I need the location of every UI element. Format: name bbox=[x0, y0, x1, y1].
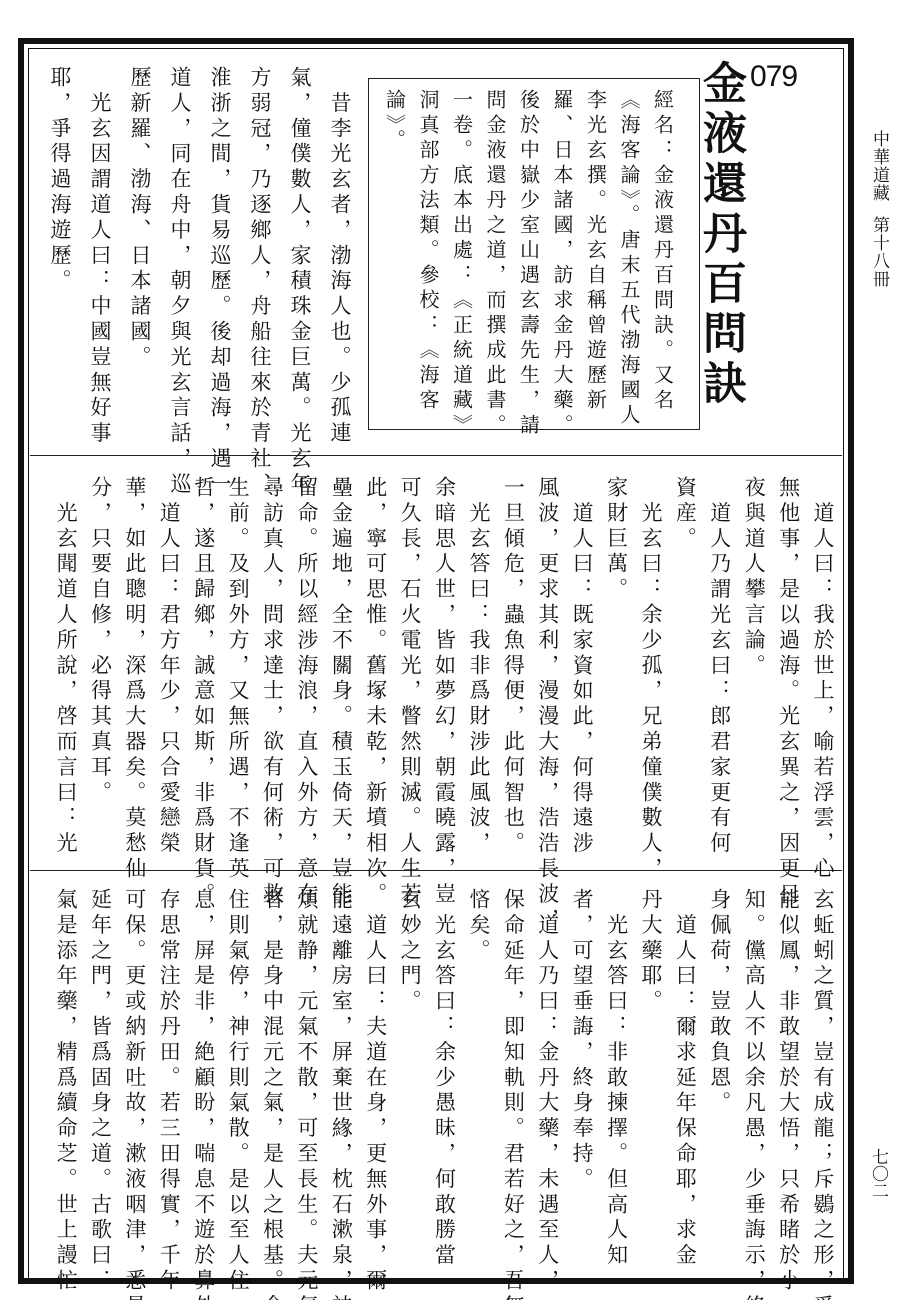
info-column: 李光玄撰。光玄自稱曾遊歷新 bbox=[578, 89, 612, 419]
text-column: 生前。及到外方，又無所遇，不逢英 bbox=[221, 476, 255, 856]
text-column: 尋訪真人，問求達士，欲有何術，可救 bbox=[255, 476, 289, 856]
text-column: 氣，僮僕數人，家積珠金巨萬。光玄年 bbox=[280, 66, 320, 446]
text-column: 一旦傾危，蟲魚得便，此何智也。 bbox=[496, 476, 530, 856]
text-column: 光玄因謂道人曰：中國豈無好事 bbox=[80, 66, 120, 446]
text-column: 住則氣停，神行則氣散。是以至人住 bbox=[221, 888, 255, 1268]
info-column: 問金液還丹之道，而撰成此書。 bbox=[478, 89, 512, 419]
scripture-info-box: 經名：金液還丹百問訣。又名 《海客論》。唐末五代渤海國人 李光玄撰。光玄自稱曾遊… bbox=[368, 78, 700, 430]
info-column: 《海客論》。唐末五代渤海國人 bbox=[612, 89, 646, 419]
text-column: 方弱冠，乃逐鄉人，舟船往來於青社、 bbox=[240, 66, 280, 446]
text-column: 者，是身中混元之氣，是人之根基。念 bbox=[255, 888, 289, 1268]
info-column: 後於中嶽少室山遇玄壽先生，請 bbox=[511, 89, 545, 419]
text-column: 知。儻高人不以余凡愚，少垂誨示，終 bbox=[737, 888, 771, 1268]
text-column: 光玄答曰：非敢揀擇。但高人知 bbox=[599, 888, 633, 1268]
text-column: 悋矣。 bbox=[462, 888, 496, 1268]
text-column: 延年之門，皆爲固身之道。古歌曰： bbox=[83, 888, 117, 1268]
text-column: 能遠離房室，屏棄世緣，枕石漱泉，祛 bbox=[324, 888, 358, 1268]
text-column: 華，如此聰明，深爲大器矣。莫愁仙 bbox=[117, 476, 151, 856]
text-section-top: 昔李光玄者，渤海人也。少孤連 氣，僮僕數人，家積珠金巨萬。光玄年 方弱冠，乃逐鄉… bbox=[40, 66, 360, 446]
text-column: 道人曰：夫道在身，更無外事，爾 bbox=[358, 888, 392, 1268]
text-column: 壘金遍地，全不關身。積玉倚天，豈能 bbox=[324, 476, 358, 856]
scripture-title-block: 079 金液還丹百問訣 bbox=[745, 60, 810, 430]
text-section-middle: 道人曰：我於世上，喻若浮雲，心 無他事，是以過海。光玄異之，因更日 夜與道人攀言… bbox=[40, 476, 840, 856]
text-column: 息，屏是非，絶顧盼，喘息不遊於鼻外， bbox=[186, 888, 220, 1268]
text-column: 可保。更或納新吐故，漱液咽津，悉是 bbox=[117, 888, 151, 1268]
running-head: 中華道藏第十八冊 bbox=[862, 130, 896, 288]
text-column: 家財巨萬。 bbox=[599, 476, 633, 856]
text-section-bottom: 玄蚯蚓之質，豈有成龍；斥鷃之形，爭 能似鳳，非敢望於大悟，只希睹於小 知。儻高人… bbox=[40, 888, 840, 1268]
text-column: 道人曰：爾求延年保命耶，求金 bbox=[668, 888, 702, 1268]
text-column: 可久長，石火電光，瞥然則滅。人生若 bbox=[393, 476, 427, 856]
text-column: 者，可望垂誨，終身奉持。 bbox=[565, 888, 599, 1268]
text-column: 光玄聞道人所說，啓而言曰：光 bbox=[49, 476, 83, 856]
text-column: 夜與道人攀言論。 bbox=[737, 476, 771, 856]
text-column: 氣是添年藥，精爲續命芝。世上謾忙 bbox=[49, 888, 83, 1268]
text-column: 光玄答曰：我非爲財涉此風波， bbox=[462, 476, 496, 856]
info-text: 經名：金液還丹百問訣。又名 《海客論》。唐末五代渤海國人 李光玄撰。光玄自稱曾遊… bbox=[377, 89, 679, 419]
collection-name: 中華道藏 bbox=[869, 130, 889, 202]
text-column: 淮浙之間，貨易巡歷。後却過海，遇一 bbox=[200, 66, 240, 446]
text-column: 光玄曰：余少孤，兄弟僮僕數人， bbox=[634, 476, 668, 856]
text-column: 存思常注於丹田。若三田得實，千年 bbox=[152, 888, 186, 1268]
text-column: 保命延年，即知軌則。君若好之，吾無 bbox=[496, 888, 530, 1268]
text-column: 道人乃曰：金丹大藥，未遇至人， bbox=[530, 888, 564, 1268]
scripture-title: 金液還丹百問訣 bbox=[695, 60, 746, 410]
text-column: 耶，爭得過海遊歷。 bbox=[40, 66, 80, 446]
text-column: 道人曰：我於世上，喻若浮雲，心 bbox=[806, 476, 840, 856]
text-column: 分，只要自修，必得其真耳。 bbox=[83, 476, 117, 856]
info-column: 羅、日本諸國，訪求金丹大藥。 bbox=[545, 89, 579, 419]
text-column: 道人曰：既家資如此，何得遠涉 bbox=[565, 476, 599, 856]
text-column: 資産。 bbox=[668, 476, 702, 856]
section-divider-upper bbox=[30, 455, 842, 456]
volume-label: 第十八冊 bbox=[869, 216, 889, 288]
info-column: 論》。 bbox=[377, 89, 411, 419]
text-column: 昔李光玄者，渤海人也。少孤連 bbox=[320, 66, 360, 446]
text-column: 煩就静，元氣不散，可至長生。夫元氣 bbox=[290, 888, 324, 1268]
scripture-number: 079 bbox=[750, 60, 810, 94]
text-column: 玄蚯蚓之質，豈有成龍；斥鷃之形，爭 bbox=[806, 888, 840, 1268]
text-column: 無他事，是以過海。光玄異之，因更日 bbox=[771, 476, 805, 856]
text-column: 留命。所以經涉海浪，直入外方，意在 bbox=[290, 476, 324, 856]
text-column: 余暗思人世，皆如夢幻，朝霞曉露，豈 bbox=[427, 476, 461, 856]
text-column: 此，寧可思惟。舊塚未乾，新墳相次。 bbox=[358, 476, 392, 856]
text-column: 身佩荷，豈敢負恩。 bbox=[702, 888, 736, 1268]
info-column: 一卷。底本出處：《正統道藏》 bbox=[444, 89, 478, 419]
text-column: 道人，同在舟中，朝夕與光玄言話，巡 bbox=[160, 66, 200, 446]
text-column: 歷新羅、渤海、日本諸國。 bbox=[120, 66, 160, 446]
text-column: 丹大藥耶。 bbox=[634, 888, 668, 1268]
text-column: 風波，更求其利，漫漫大海，浩浩長波， bbox=[530, 476, 564, 856]
text-column: 光玄答曰：余少愚昧，何敢勝當 bbox=[427, 888, 461, 1268]
text-column: 玄妙之門。 bbox=[393, 888, 427, 1268]
text-column: 哲，遂且歸鄉，誠意如斯，非爲財貨。 bbox=[186, 476, 220, 856]
page-number: 七〇二 bbox=[866, 1148, 891, 1199]
info-column: 經名：金液還丹百問訣。又名 bbox=[645, 89, 679, 419]
text-column: 道人曰：君方年少，只合愛戀榮 bbox=[152, 476, 186, 856]
text-column: 能似鳳，非敢望於大悟，只希睹於小 bbox=[771, 888, 805, 1268]
text-column: 道人乃謂光玄曰：郎君家更有何 bbox=[702, 476, 736, 856]
info-column: 洞真部方法類。參校：《海客 bbox=[411, 89, 445, 419]
